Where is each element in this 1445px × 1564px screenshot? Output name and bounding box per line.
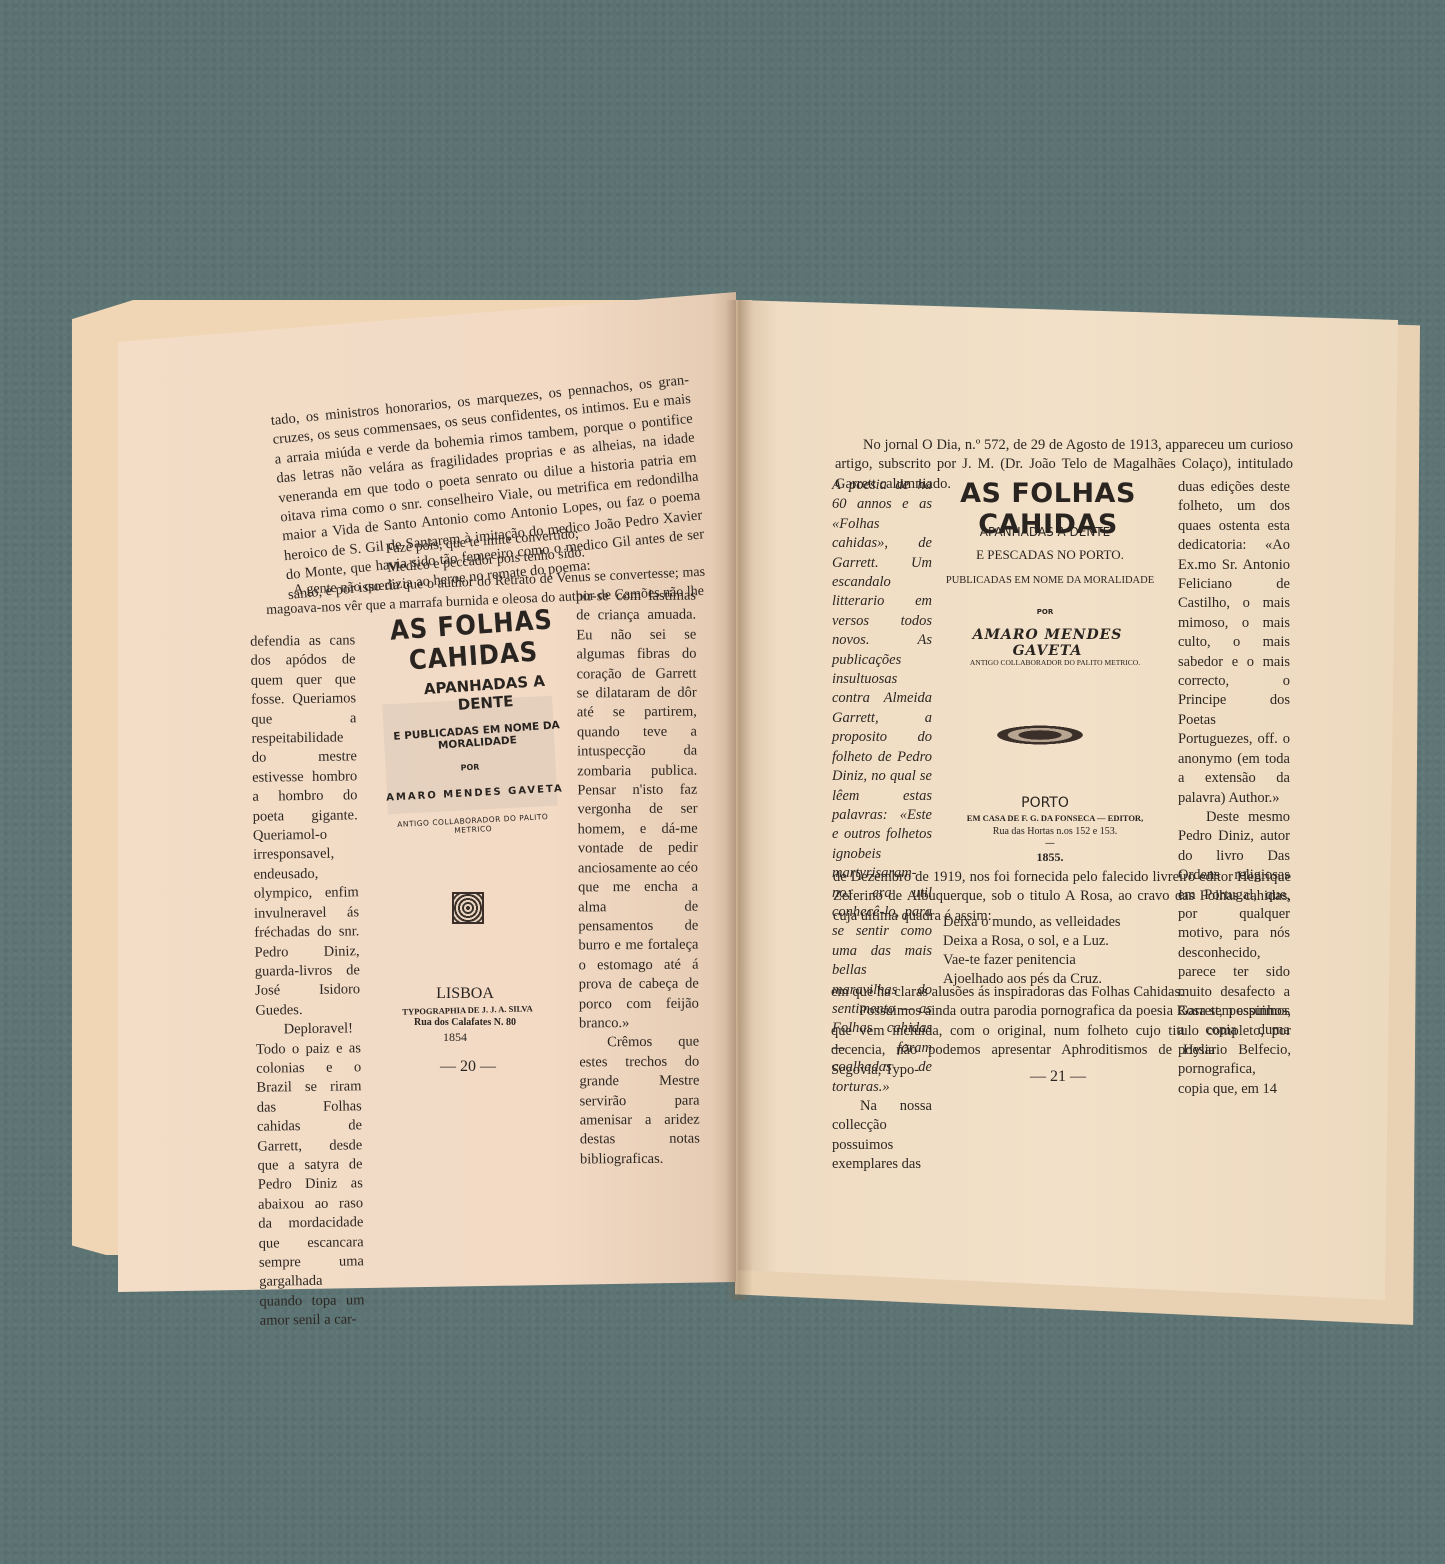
paragraph: duas edições deste folheto, um dos quaes… <box>1178 478 1290 808</box>
facsimile-year: 1854 <box>420 1030 490 1045</box>
paragraph: pir-se com lastimas de criança amuada. E… <box>576 587 699 1034</box>
poem-line: Deixa o mundo, as velleidades <box>943 913 1121 932</box>
paragraph: defendia as cans dos apódos de quem quer… <box>250 631 360 1021</box>
right-bottom-paragraphs: em que ha claras alusões ás inspiradoras… <box>831 983 1291 1080</box>
square-ornament-icon <box>452 892 484 924</box>
facsimile-address: Rua dos Calafates N. 80 <box>385 1017 545 1028</box>
right-column: pir-se com lastimas de criança amuada. E… <box>576 587 700 1170</box>
page-number-right: — 21 — <box>1030 1068 1086 1086</box>
book-gutter <box>725 300 753 1300</box>
facsimile-city: PORTO <box>1015 795 1075 811</box>
poem-line: Deixa a Rosa, o sol, e a Luz. <box>943 932 1121 951</box>
facsimile-subtitle-2: E PESCADAS NO PORTO. <box>960 547 1140 563</box>
facsimile-address: Rua das Hortas n.os 152 e 153. <box>970 826 1140 837</box>
page-number-left: — 20 — <box>440 1058 496 1076</box>
facsimile-city: LISBOA <box>415 985 515 1003</box>
cross-ornament-icon <box>990 724 1090 746</box>
left-column: defendia as cans dos apódos de quem quer… <box>250 631 365 1331</box>
open-book: tado, os ministros honorarios, os marque… <box>0 0 1445 1564</box>
paragraph: em que ha claras alusões ás inspiradoras… <box>831 983 1291 1002</box>
facsimile-por: POR <box>1025 608 1065 616</box>
paragraph: Deploravel! Todo o paiz e as colonias e … <box>256 1019 365 1331</box>
facsimile-year: 1855. <box>1030 850 1070 865</box>
facsimile-published: PUBLICADAS EM NOME DA MORALIDADE <box>945 575 1155 586</box>
facsimile-dash: — <box>1040 838 1060 849</box>
poem-quatrain: Deixa o mundo, as velleidades Deixa a Ro… <box>943 913 1121 989</box>
paragraph: Crêmos que estes trechos do grande Mestr… <box>579 1033 700 1170</box>
facsimile-subtitle: APANHADAS A DENTE <box>960 525 1130 539</box>
poem-line: Vae-te fazer penitencia <box>943 951 1121 970</box>
facsimile-collab: ANTIGO COLLABORADOR DO PALITO METRICO. <box>955 658 1155 667</box>
paragraph: Na nossa collecção possuimos exemplares … <box>832 1097 932 1175</box>
facsimile-editor: EM CASA DE F. G. DA FONSECA — EDITOR, <box>950 813 1160 823</box>
facsimile-author: AMARO MENDES GAVETA <box>940 627 1155 659</box>
